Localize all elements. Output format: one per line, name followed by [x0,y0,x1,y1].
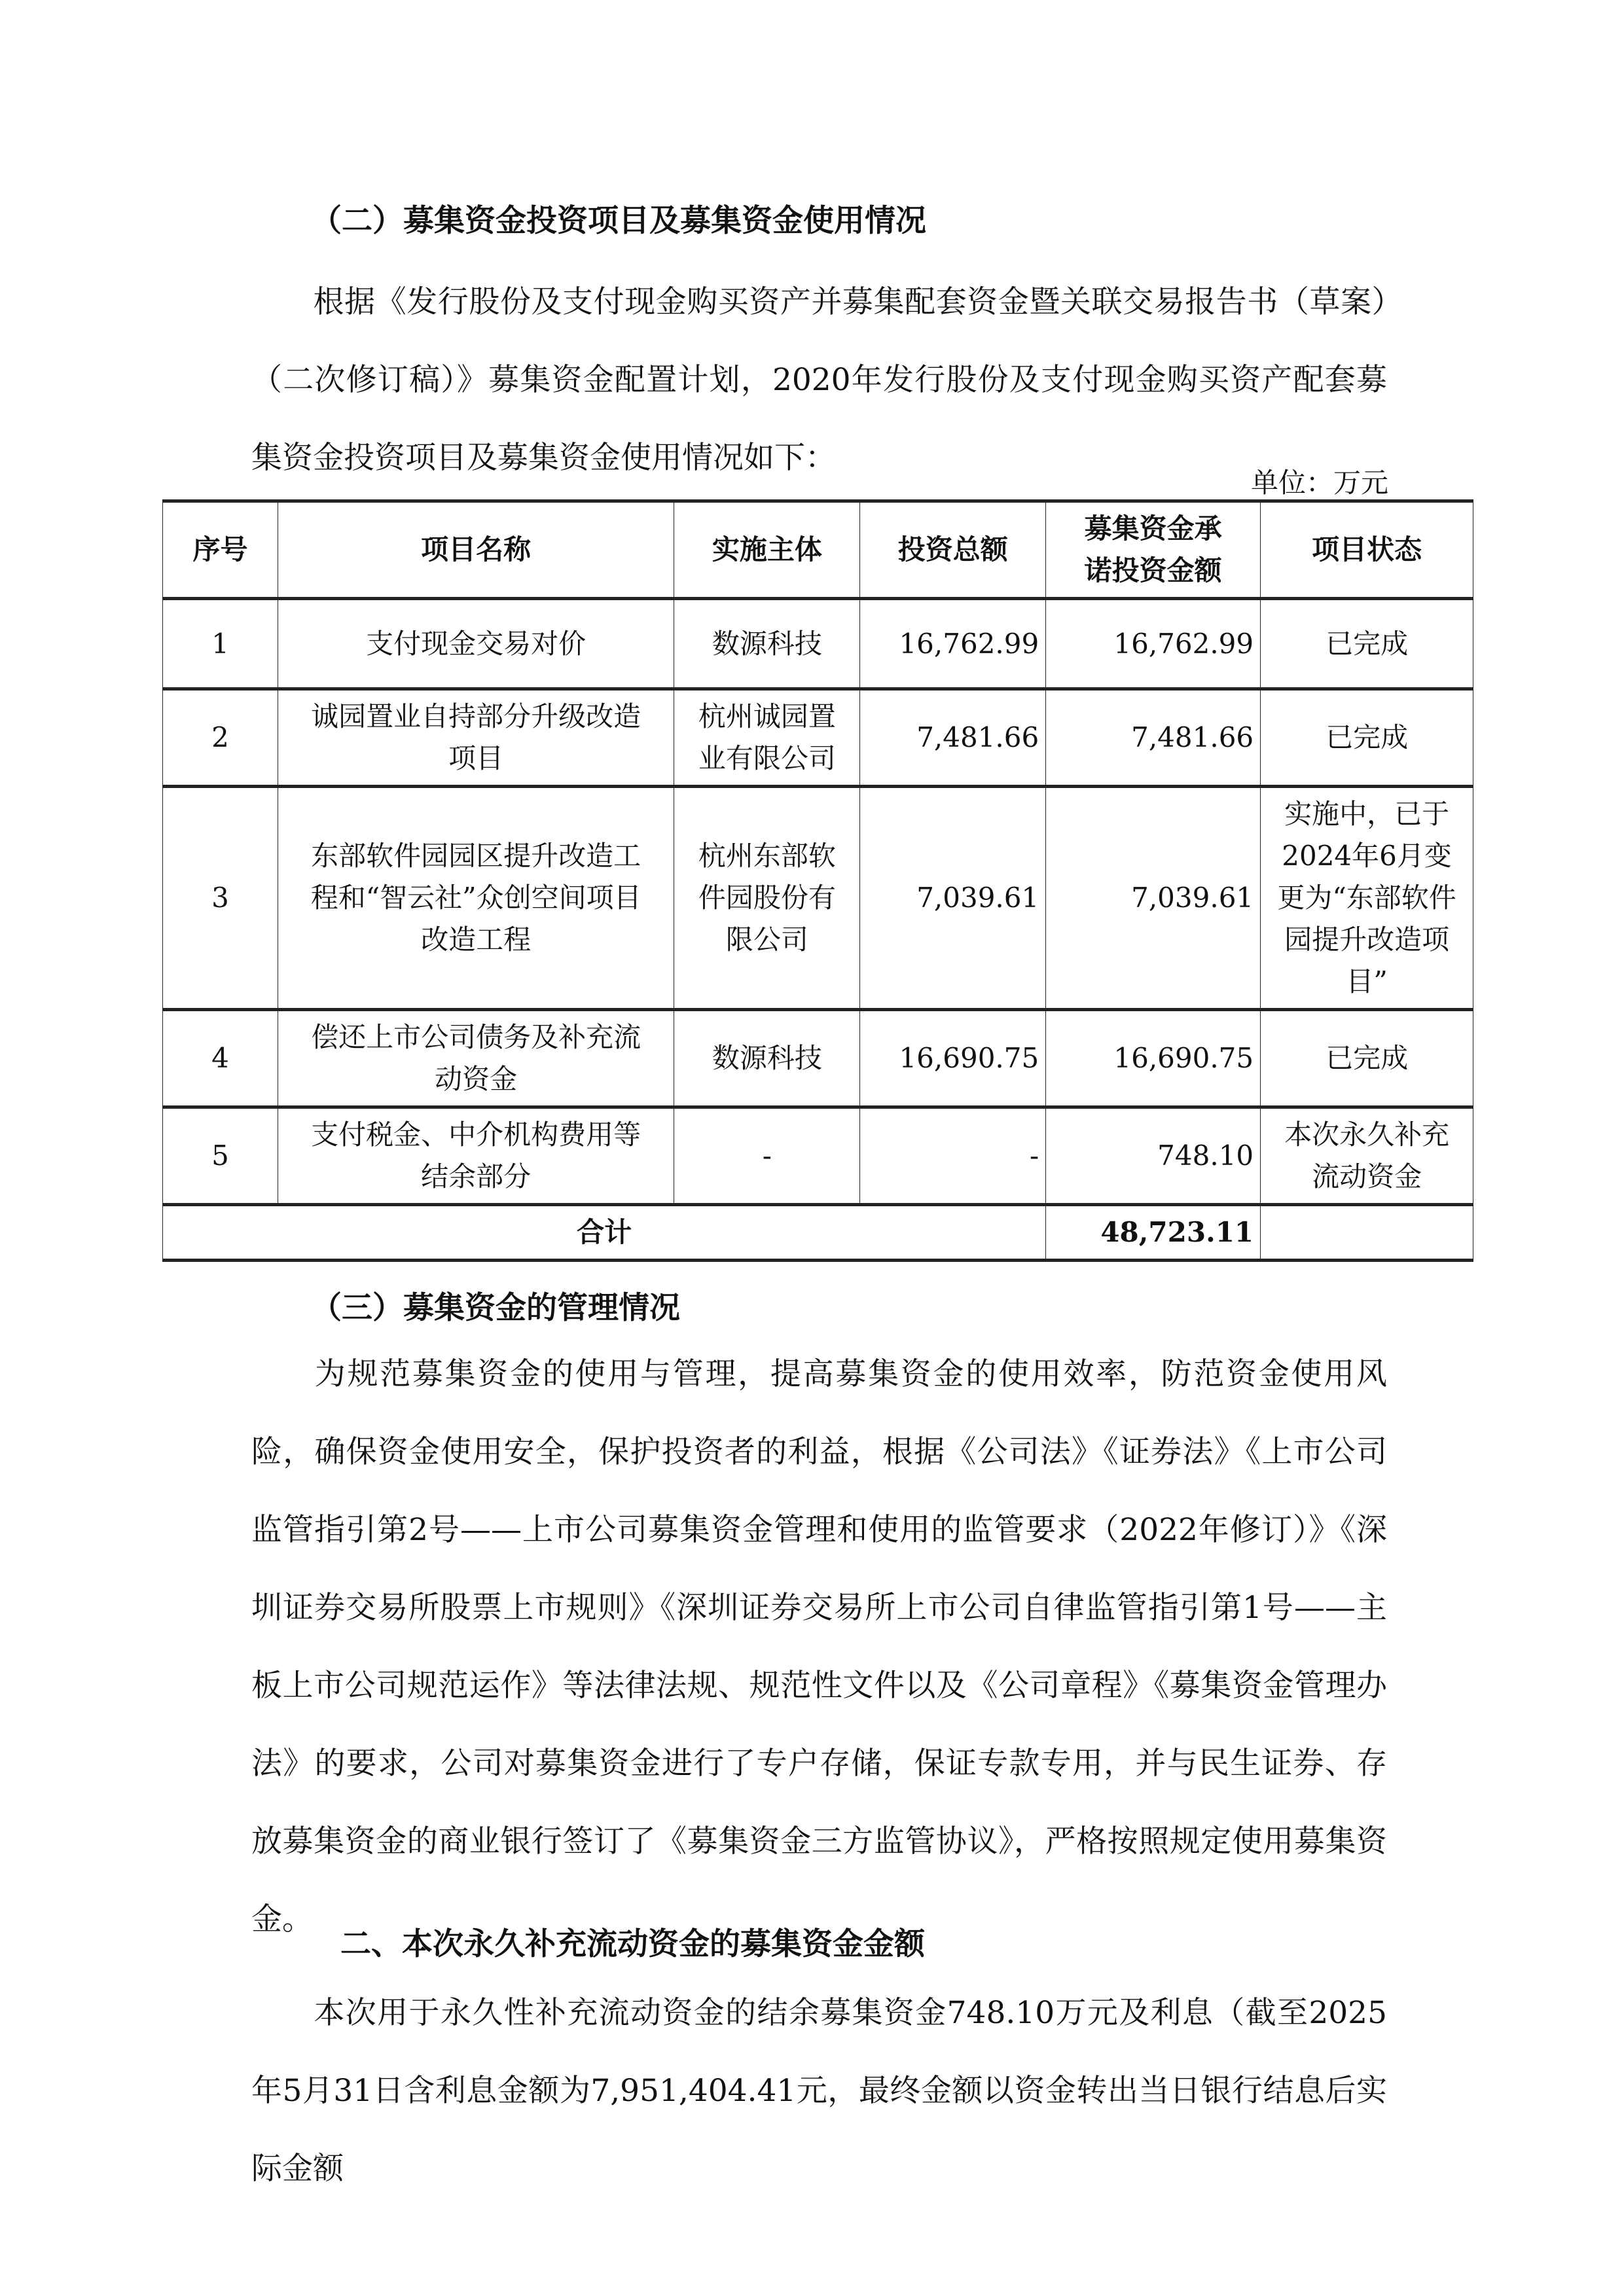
unit-label: 单位：万元 [1251,461,1388,501]
row-project-name: 支付税金、中介机构费用等结余部分 [278,1107,674,1205]
row-status: 已完成 [1261,599,1473,689]
header-no: 序号 [163,501,278,599]
row-entity: 杭州东部软件园股份有限公司 [674,787,860,1010]
row-status: 已完成 [1261,1010,1473,1107]
row-total: 7,481.66 [860,689,1046,787]
fund-management-paragraph: 为规范募集资金的使用与管理，提高募集资金的使用效率，防范资金使用风险，确保资金使… [251,1335,1387,1958]
row-project-name: 诚园置业自持部分升级改造项目 [278,689,674,787]
fundraising-plan-text: 根据《发行股份及支付现金购买资产并募集配套资金暨关联交易报告书（草案）（二次修订… [251,284,1387,476]
row-no: 5 [163,1107,278,1205]
row-total: 16,690.75 [860,1010,1046,1107]
fund-management-text: 为规范募集资金的使用与管理，提高募集资金的使用效率，防范资金使用风险，确保资金使… [251,1356,1387,1937]
table-total-row: 合计 48,723.11 [163,1205,1473,1261]
row-no: 1 [163,599,278,689]
fundraising-plan-paragraph: 根据《发行股份及支付现金购买资产并募集配套资金暨关联交易报告书（草案）（二次修订… [251,263,1387,497]
row-total: 7,039.61 [860,787,1046,1010]
table-row: 4 偿还上市公司债务及补充流动资金 数源科技 16,690.75 16,690.… [163,1010,1473,1107]
total-status [1261,1205,1473,1261]
row-committed: 7,481.66 [1046,689,1261,787]
row-no: 2 [163,689,278,787]
row-committed: 16,762.99 [1046,599,1261,689]
row-entity: 杭州诚园置业有限公司 [674,689,860,787]
row-entity: 数源科技 [674,599,860,689]
row-total: 16,762.99 [860,599,1046,689]
row-entity: - [674,1107,860,1205]
section-heading-fund-management: （三）募集资金的管理情况 [311,1293,680,1323]
row-status: 实施中，已于2024年6月变更为“东部软件园提升改造项目” [1261,787,1473,1010]
section-heading-fundraising-projects: （二）募集资金投资项目及募集资金使用情况 [311,206,926,236]
supplement-amount-text: 本次用于永久性补充流动资金的结余募集资金748.10万元及利息（截至2025年5… [251,1995,1387,2187]
header-entity: 实施主体 [674,501,860,599]
part-heading-supplement-amount: 二、本次永久补充流动资金的募集资金金额 [340,1929,925,1960]
header-status: 项目状态 [1261,501,1473,599]
row-committed: 748.10 [1046,1107,1261,1205]
row-entity: 数源科技 [674,1010,860,1107]
header-project-name: 项目名称 [278,501,674,599]
total-label: 合计 [163,1205,1046,1261]
row-committed: 7,039.61 [1046,787,1261,1010]
row-total: - [860,1107,1046,1205]
table-header-row: 序号 项目名称 实施主体 投资总额 募集资金承诺投资金额 项目状态 [163,501,1473,599]
row-project-name: 东部软件园园区提升改造工程和“智云社”众创空间项目改造工程 [278,787,674,1010]
row-status: 本次永久补充流动资金 [1261,1107,1473,1205]
row-project-name: 偿还上市公司债务及补充流动资金 [278,1010,674,1107]
supplement-amount-paragraph: 本次用于永久性补充流动资金的结余募集资金748.10万元及利息（截至2025年5… [251,1974,1387,2208]
fundraising-projects-table: 序号 项目名称 实施主体 投资总额 募集资金承诺投资金额 项目状态 1 支付现金… [162,499,1473,1262]
table-row: 3 东部软件园园区提升改造工程和“智云社”众创空间项目改造工程 杭州东部软件园股… [163,787,1473,1010]
row-no: 4 [163,1010,278,1107]
row-committed: 16,690.75 [1046,1010,1261,1107]
total-committed: 48,723.11 [1046,1205,1261,1261]
header-total-investment: 投资总额 [860,501,1046,599]
row-status: 已完成 [1261,689,1473,787]
row-project-name: 支付现金交易对价 [278,599,674,689]
table-row: 2 诚园置业自持部分升级改造项目 杭州诚园置业有限公司 7,481.66 7,4… [163,689,1473,787]
table-row: 5 支付税金、中介机构费用等结余部分 - - 748.10 本次永久补充流动资金 [163,1107,1473,1205]
header-committed-amount: 募集资金承诺投资金额 [1046,501,1261,599]
row-no: 3 [163,787,278,1010]
table-row: 1 支付现金交易对价 数源科技 16,762.99 16,762.99 已完成 [163,599,1473,689]
